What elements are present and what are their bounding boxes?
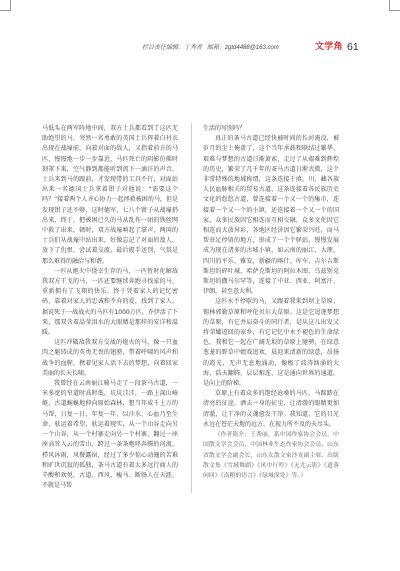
crop-mark-top-left [0,0,11,11]
section-title: 文学角 [315,42,343,53]
running-header-editor: 栏目责任编辑：丁秀青邮箱：zgtd4488@163.com [142,44,279,52]
paragraph: 这匹永不停歇的马，又跟着我来到坝上草原、锡林郭勒草原和呼伦贝尔大草原。这是它追逐… [203,297,339,389]
article-column-left: 马低头在两军阵地中间，双方士兵都看到了这匹无助绝望的马，突然一名勇敢的英国士兵挥… [42,124,178,491]
paragraph: 草原上有着众多的饱经沧桑的马匹，马蹄踏在清亮的征途，洒去一身的征尘，让清澈的眼睛… [203,389,339,430]
paragraph: 马低头在两军阵地中间，双方士兵都看到了这匹无助绝望的马，突然一名勇敢的英国士兵挥… [42,124,178,267]
editor-credit: 栏目责任编辑：丁秀青 [142,45,202,51]
author-bio: （作者简介：王秀丽，系中国作家协会会员，中国散文学会会员，中国林业生态作家协会会… [203,430,339,481]
paragraph: 一匹从炮火中侥幸生存的马，一匹暂时化解敌我双方干戈的马，一匹还要继续奔跑寻找家的… [42,267,178,338]
paragraph: 这匹冲破敌我双方交战的炮火的马，像一只血肉之躯铸成的英勇无畏的翅膀，带着呼啸的风… [42,338,178,379]
article-column-right: 生活的写照吗？ 真正的茶马古道已经快被时间的长河淹没，被岁月的尘土掩盖了，这个当… [203,124,339,481]
editor-email: 邮箱：zgtd4488@163.com [207,45,279,51]
page-number: 61 [347,41,359,53]
column-divider [191,123,192,493]
crop-mark-top-right [389,0,400,11]
paragraph: 真正的茶马古道已经快被时间的长河淹没，被岁月的尘土掩盖了，这个当年承载和联结过繁… [203,134,339,297]
paragraph: 我曾经在云南丽江骑马走了一段茶马古道，一米多宽的窄道时高时低，坑坑洼洼，一路上深… [42,379,178,491]
paragraph: 生活的写照吗？ [203,124,339,134]
